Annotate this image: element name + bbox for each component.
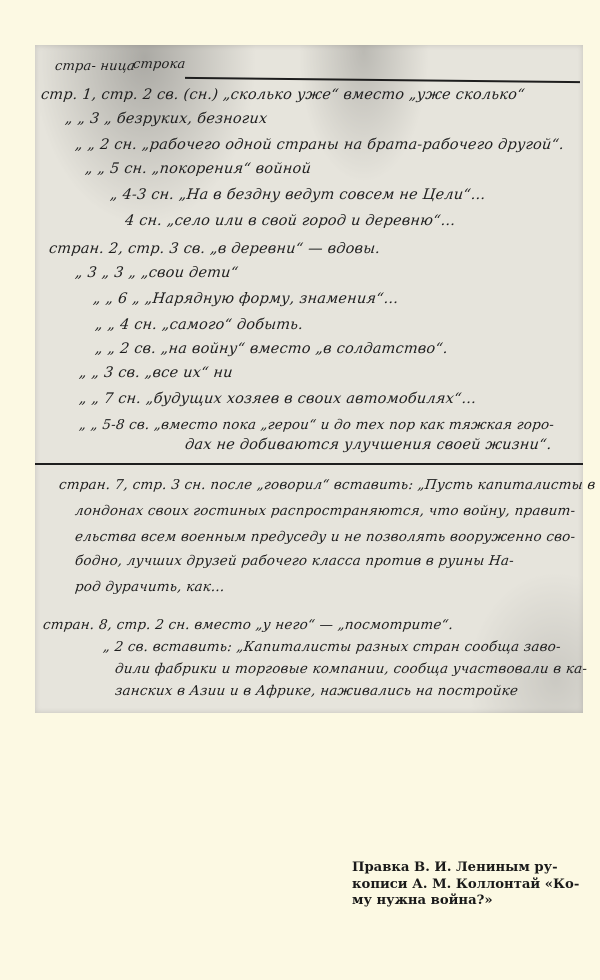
manuscript-line: стран. 8, стр. 2 сн. вместо „у него“ — „… <box>42 617 454 633</box>
manuscript-line: род дурачить, как… <box>74 579 225 595</box>
caption-line: му нужна война?» <box>352 893 582 910</box>
manuscript-line: „ „ 5 сн. „покорения“ войной <box>84 161 312 177</box>
manuscript-line: дили фабрики и торговые компании, сообща… <box>114 661 588 677</box>
manuscript-line: стр. 1, стр. 2 св. (сн.) „сколько уже“ в… <box>40 87 525 103</box>
header-rule <box>185 77 580 83</box>
section-divider <box>35 463 583 465</box>
manuscript-line: 4 сн. „село или в свой город и деревню“… <box>124 213 456 229</box>
figure-caption: Правка В. И. Лениным ру- кописи А. М. Ко… <box>352 860 582 910</box>
manuscript-line: „ 2 св. вставить: „Капиталисты разных ст… <box>102 639 561 655</box>
manuscript-line: „ „ 2 св. „на войну“ вместо „в солдатств… <box>94 341 448 357</box>
manuscript-line: „ 3 „ 3 „ „свои дети“ <box>74 265 239 281</box>
manuscript-line: ельства всем военным предуседу и не позв… <box>74 529 576 545</box>
manuscript-line: „ „ 6 „ „Нарядную форму, знамения“… <box>92 291 399 307</box>
manuscript-line: „ „ 3 св. „все их“ ни <box>78 365 233 381</box>
manuscript-line: занских в Азии и в Африке, наживались на… <box>114 683 519 699</box>
manuscript-line: „ „ 4 сн. „самого“ добыть. <box>94 317 304 333</box>
manuscript-line: стран. 7, стр. 3 сн. после „говорил“ вст… <box>58 477 596 493</box>
manuscript-line: „ „ 7 сн. „будущих хозяев в своих автомо… <box>78 391 477 407</box>
header-line-label: строка <box>132 57 186 72</box>
manuscript-photo: стра- ница строка стр. 1, стр. 2 св. (сн… <box>35 45 583 713</box>
manuscript-line: стран. 2, стр. 3 св. „в деревни“ — вдовы… <box>48 241 381 257</box>
manuscript-line: „ „ 5-8 св. „вместо пока „герои“ и до те… <box>78 417 555 433</box>
manuscript-line: „ „ 3 „ безруких, безногих <box>64 111 268 127</box>
manuscript-line: лондонах своих гостиных распространяются… <box>74 503 576 519</box>
manuscript-line: дах не добиваются улучшения своей жизни“… <box>184 437 552 453</box>
manuscript-line: „ „ 2 сн. „рабочего одной страны на брат… <box>74 137 565 153</box>
manuscript-line: „ 4-3 сн. „На в бездну ведут совсем не Ц… <box>109 187 486 203</box>
header-page-label: стра- ница <box>54 59 136 74</box>
caption-line: Правка В. И. Лениным ру- <box>352 860 582 877</box>
manuscript-line: бодно, лучших друзей рабочего класса про… <box>74 553 515 569</box>
caption-line: кописи А. М. Коллонтай «Ко- <box>352 877 582 894</box>
